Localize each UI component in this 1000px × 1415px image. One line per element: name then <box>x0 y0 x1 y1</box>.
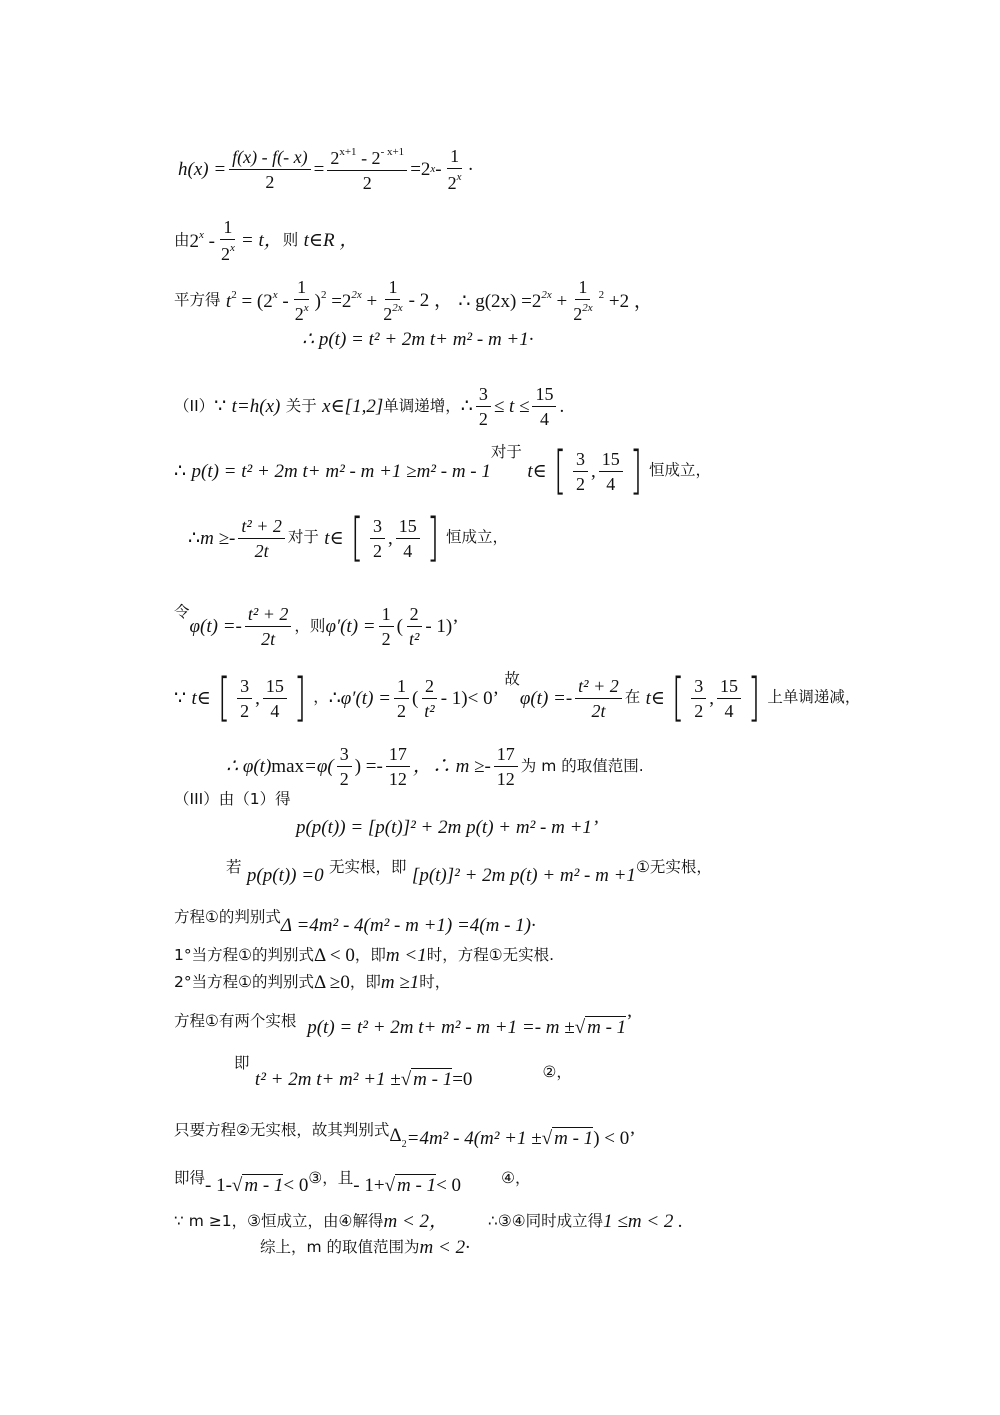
because-symbol: ∵ <box>174 689 186 708</box>
fraction-one-over-22x: 1 22x <box>570 278 595 323</box>
equals-sign: = <box>410 160 421 179</box>
dot: · <box>468 160 474 179</box>
therefore-symbol: ∴ <box>174 462 186 481</box>
fraction-17-12: 1712 <box>386 745 410 788</box>
h-x-label: h(x) = <box>178 160 226 179</box>
fraction-t2p2-over-2t: t² + 22t <box>238 517 285 560</box>
fraction-2-over-t2: 2t² <box>406 605 422 648</box>
text-you: 由 <box>174 233 190 249</box>
t-squared-expr: t2 = (2x - <box>226 290 289 311</box>
squaring-line: 平方得 t2 = (2x - 1 2x )2 =22x + 1 22x - 2 … <box>174 278 653 323</box>
discriminant-1: 方程①的判别式 Δ =4m² - 4(m² - m +1) =4(m - 1)· <box>174 900 536 935</box>
inequalities-3-4: 即得 - 1- √m - 1 < 0 ③，且 - 1+ √m - 1 < 0 ④… <box>174 1162 530 1195</box>
sqrt-m-minus-1: √m - 1 <box>575 1018 627 1037</box>
because-symbol: ∵ <box>214 397 226 416</box>
equation-2: 即 t² + 2m t+ m² +1 ± √m - 1 =0 ②， <box>234 1056 572 1089</box>
fraction-power-diff: 2x+1 - 2- x+1 2 <box>327 147 407 192</box>
m-inequality: ∴ m ≥- t² + 22t 对于 t∈ [ 32, 154 ] 恒成立， <box>188 512 508 564</box>
fraction-one-over-2x: 1 2x <box>292 278 312 323</box>
inequality-constant: ∴ p(t) = t² + 2m t+ m² - m +1 ≥m² - m - … <box>174 445 711 497</box>
phi-definition: 令 φ(t) =- t² + 22t ， 则 φ′(t) = 12 ( 2t² … <box>174 605 459 648</box>
minus-sign: - <box>435 160 441 179</box>
fraction-one-over-22x: 1 22x <box>380 278 405 323</box>
part-II-monotonic: （II） ∵ t=h(x) 关于 x∈[1,2] 单调递增， ∴ 32 ≤ t … <box>174 385 564 428</box>
interval-3-2-to-15-4: [ 32, 154 ] <box>550 445 646 497</box>
sqrt-m-minus-1: √m - 1 <box>542 1129 594 1148</box>
discriminant-2: 只要方程②无实根，故其判别式 Δ2 =4m² - 4(m² +1 ± √m - … <box>174 1112 636 1150</box>
fraction-t2p2-over-2t: t² + 22t <box>245 605 292 648</box>
conclusion-line: 综上，m 的取值范围为 m < 2· <box>260 1238 470 1257</box>
fraction-15-4: 154 <box>532 385 556 428</box>
interval-3-2-to-15-4: [ 32, 154 ] <box>347 512 443 564</box>
equals-sign: = <box>314 160 325 179</box>
part-III: （III）由（1）得 p(p(t)) = [p(t)]² + 2m p(t) +… <box>174 800 598 837</box>
fraction-one-half: 12 <box>379 605 394 648</box>
expr-2x: 2x - <box>190 230 215 251</box>
case-1: 1°当方程①的判别式 Δ < 0 ，即 m <1 时，方程①无实根. <box>174 946 554 965</box>
p-of-t-definition: ∴ p(t) = t² + 2m t+ m² - m +1· <box>302 330 534 349</box>
interval-3-2-to-15-4: [ 32, 154 ] <box>668 672 764 724</box>
no-real-root-line: 若 p(p(t)) =0 无实根，即 [p(t)]² + 2m p(t) + m… <box>226 850 712 885</box>
sqrt-m-minus-1: √m - 1 <box>401 1070 453 1089</box>
equation-h-definition: h(x) = f(x) - f(- x) 2 = 2x+1 - 2- x+1 2… <box>178 147 474 192</box>
therefore-symbol: ∴ <box>188 529 200 548</box>
fraction-one-over-2x: 1 2x <box>218 218 238 263</box>
sqrt-m-minus-1: √m - 1 <box>385 1176 437 1195</box>
fraction-3-2: 32 <box>476 385 491 428</box>
part-II-label: （II） <box>174 399 214 415</box>
t-in-R: t∈R ， <box>304 231 359 250</box>
fraction-17-12: 1712 <box>494 745 518 788</box>
base-two: 2 <box>421 160 431 179</box>
solution-line: ∵ m ≥1，③恒成立，由④解得 m < 2， ∴③④同时成立得 1 ≤m < … <box>174 1212 683 1231</box>
sqrt-m-minus-1: √m - 1 <box>232 1176 284 1195</box>
two-real-roots: 方程①有两个实根 p(t) = t² + 2m t+ m² - m +1 =- … <box>174 1006 633 1037</box>
interval-3-2-to-15-4: [ 32, 154 ] <box>214 672 310 724</box>
equals-t: = t， <box>241 231 283 250</box>
substitution-line: 由 2x - 1 2x = t， 则 t∈R ， <box>174 218 358 263</box>
case-2: 2°当方程①的判别式 Δ ≥0 ，即 m ≥1 时， <box>174 973 450 992</box>
phi-max: ∴ φ(t)max =φ( 32 ) =- 1712 ，∴ m ≥- 1712 … <box>226 745 644 788</box>
therefore-symbol: ∴ <box>461 397 473 416</box>
text-pingfang: 平方得 <box>174 293 221 309</box>
text-ze: 则 <box>283 233 299 249</box>
fraction-one-over-2x: 1 2x <box>445 147 465 192</box>
part-III-label: （III）由（1）得 <box>174 792 291 808</box>
g2x-expr: ∴ g(2x) =22x + <box>458 290 567 311</box>
fraction-f-diff: f(x) - f(- x) 2 <box>229 148 310 191</box>
phi-decreasing: ∵ t∈ [ 32, 154 ] ， ∴ φ′(t) = 12 ( 2t² - … <box>174 672 860 724</box>
